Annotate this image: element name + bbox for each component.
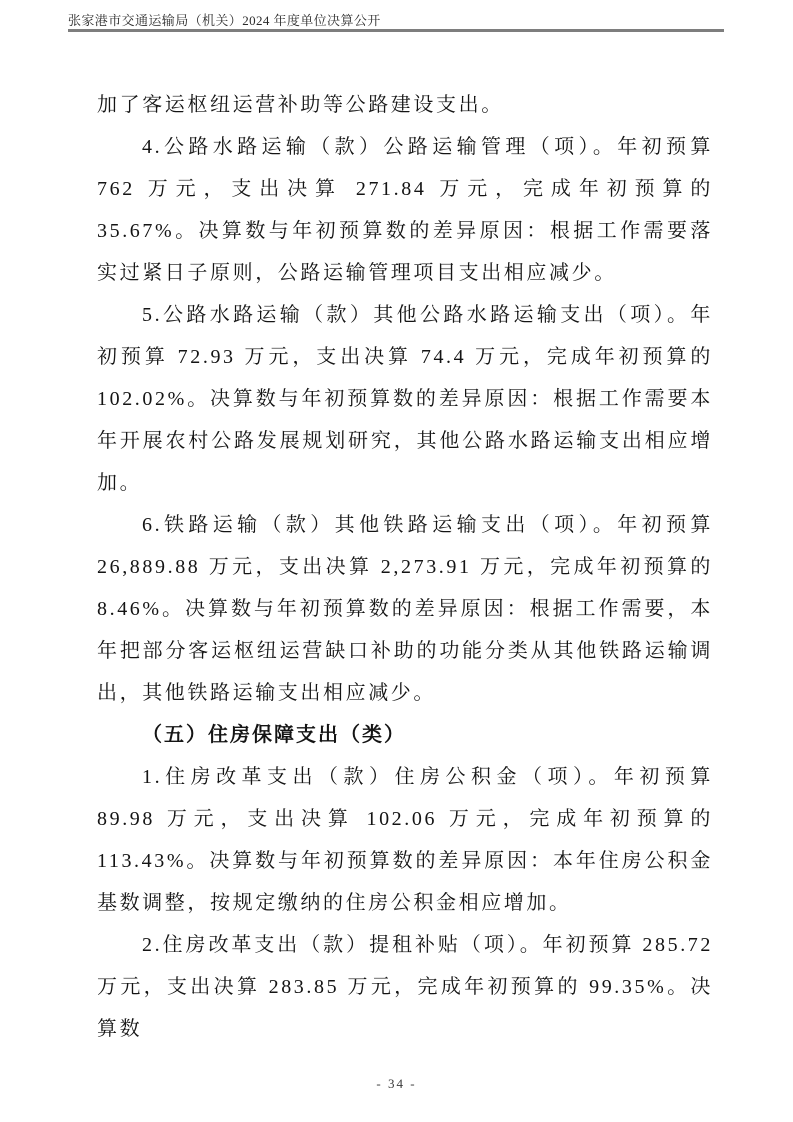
header-rule	[68, 29, 724, 32]
section-heading: （五）住房保障支出（类）	[97, 714, 713, 756]
document-page: 张家港市交通运输局（机关）2024 年度单位决算公开 加了客运枢纽运营补助等公路…	[0, 0, 793, 1122]
page-number: - 34 -	[376, 1076, 416, 1091]
body-paragraph: 6.铁路运输（款）其他铁路运输支出（项）。年初预算 26,889.88 万元，支…	[97, 504, 713, 714]
body-paragraph: 2.住房改革支出（款）提租补贴（项）。年初预算 285.72 万元，支出决算 2…	[97, 924, 713, 1050]
body-paragraph-continuation: 加了客运枢纽运营补助等公路建设支出。	[97, 84, 713, 126]
document-body: 加了客运枢纽运营补助等公路建设支出。 4.公路水路运输（款）公路运输管理（项）。…	[97, 84, 713, 1050]
body-paragraph: 4.公路水路运输（款）公路运输管理（项）。年初预算 762 万元，支出决算 27…	[97, 126, 713, 294]
body-paragraph: 1.住房改革支出（款）住房公积金（项）。年初预算 89.98 万元，支出决算 1…	[97, 756, 713, 924]
body-paragraph: 5.公路水路运输（款）其他公路水路运输支出（项）。年初预算 72.93 万元，支…	[97, 294, 713, 504]
page-footer: - 34 -	[0, 1076, 793, 1092]
header-title: 张家港市交通运输局（机关）2024 年度单位决算公开	[68, 12, 381, 29]
